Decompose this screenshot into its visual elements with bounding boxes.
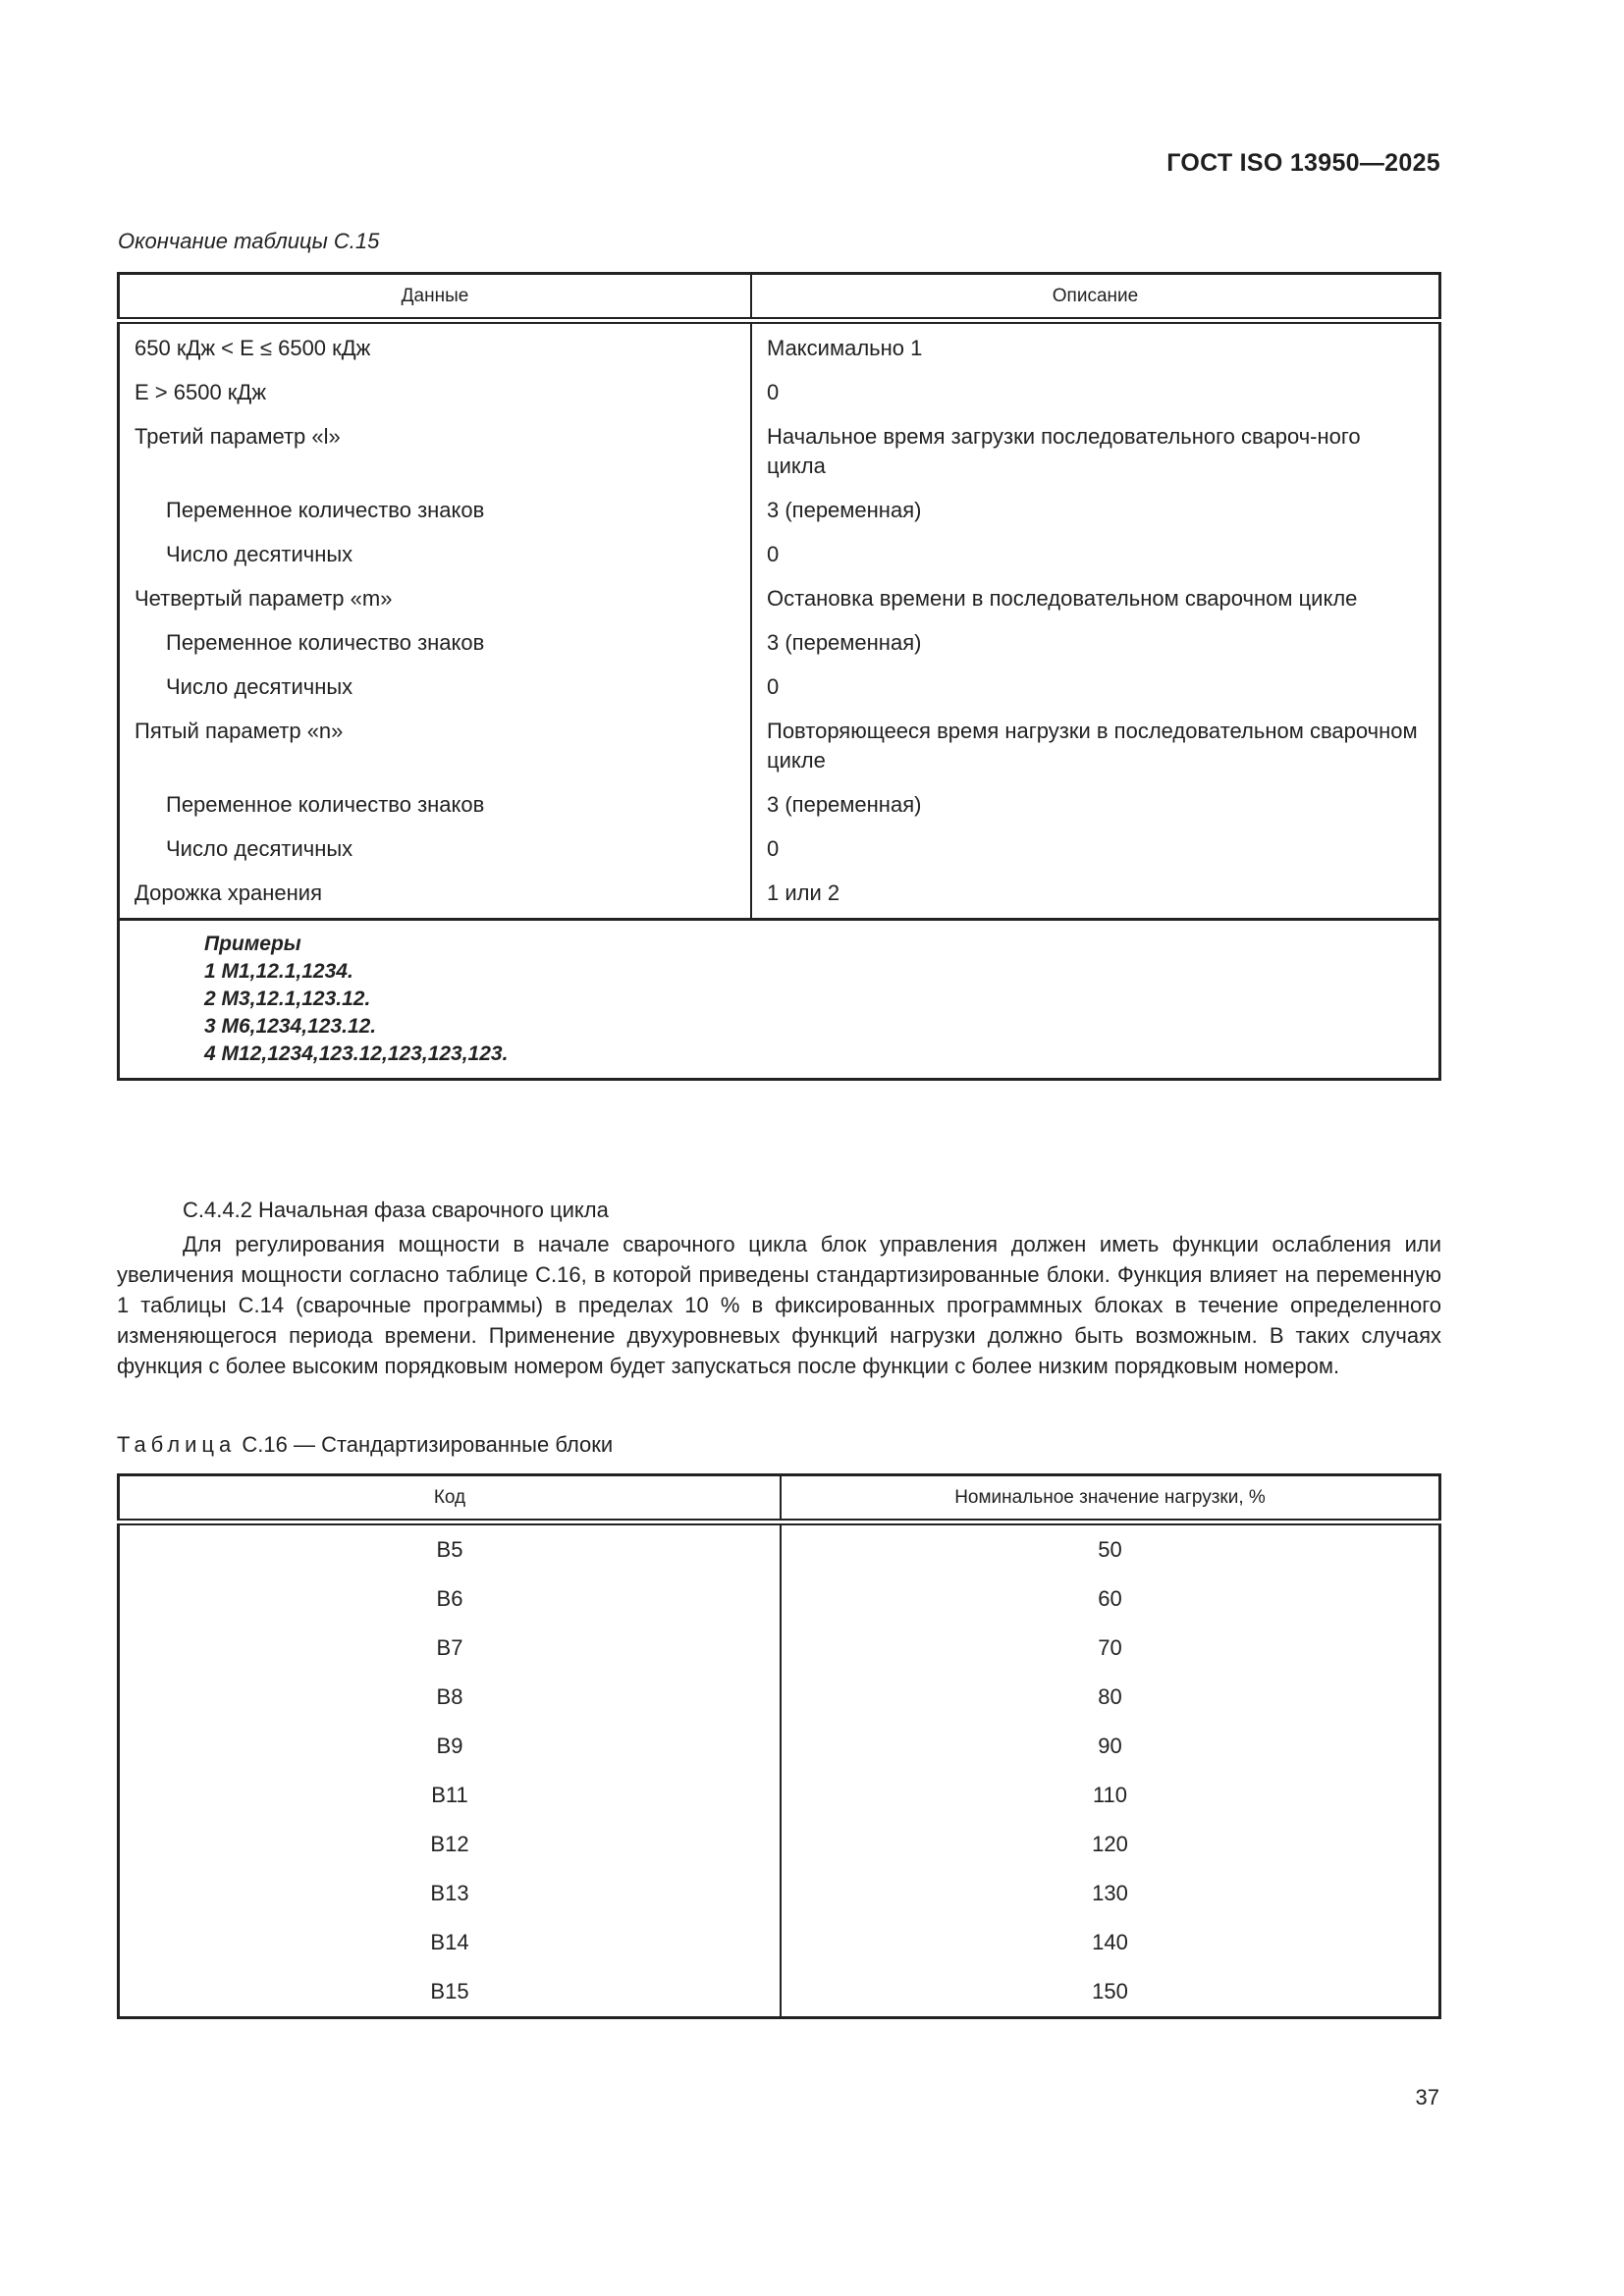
cell-description: 0: [751, 533, 1440, 577]
cell-data: Четвертый параметр «m»: [119, 577, 752, 621]
table-caption-prefix: Таблица: [117, 1432, 236, 1457]
table-row: B11 110: [119, 1771, 1440, 1820]
column-header-data: Данные: [119, 274, 752, 321]
cell-code: B11: [119, 1771, 782, 1820]
cell-description: Остановка времени в последовательном сва…: [751, 577, 1440, 621]
example-item: 3 M6,1234,123.12.: [204, 1013, 1424, 1041]
table-header-row: Код Номинальное значение нагрузки, %: [119, 1475, 1440, 1522]
cell-code: B15: [119, 1967, 782, 2018]
table-row: B7 70: [119, 1624, 1440, 1673]
cell-data: Переменное количество знаков: [119, 621, 752, 666]
cell-description: Максимально 1: [751, 321, 1440, 372]
cell-data: Дорожка хранения: [119, 872, 752, 920]
cell-data: E > 6500 кДж: [119, 371, 752, 415]
example-item: 2 M3,12.1,123.12.: [204, 986, 1424, 1013]
table-row: B14 140: [119, 1918, 1440, 1967]
cell-description: 1 или 2: [751, 872, 1440, 920]
table-row: Число десятичных 0: [119, 666, 1440, 710]
cell-load-value: 110: [781, 1771, 1440, 1820]
cell-code: B8: [119, 1673, 782, 1722]
table-row: Четвертый параметр «m» Остановка времени…: [119, 577, 1440, 621]
cell-data: Число десятичных: [119, 533, 752, 577]
column-header-code: Код: [119, 1475, 782, 1522]
examples-cell: Примеры 1 M1,12.1,1234. 2 M3,12.1,123.12…: [119, 920, 1440, 1080]
cell-load-value: 50: [781, 1522, 1440, 1575]
table-row: Переменное количество знаков 3 (переменн…: [119, 783, 1440, 828]
column-header-description: Описание: [751, 274, 1440, 321]
table-row: Число десятичных 0: [119, 828, 1440, 872]
cell-load-value: 70: [781, 1624, 1440, 1673]
cell-data: Число десятичных: [119, 828, 752, 872]
table-row: B12 120: [119, 1820, 1440, 1869]
cell-description: 3 (переменная): [751, 489, 1440, 533]
cell-load-value: 120: [781, 1820, 1440, 1869]
table-c15: Данные Описание 650 кДж < E ≤ 6500 кДж М…: [117, 272, 1441, 1081]
cell-code: B9: [119, 1722, 782, 1771]
cell-data: Переменное количество знаков: [119, 783, 752, 828]
table-row: Дорожка хранения 1 или 2: [119, 872, 1440, 920]
table-row: 650 кДж < E ≤ 6500 кДж Максимально 1: [119, 321, 1440, 372]
cell-load-value: 130: [781, 1869, 1440, 1918]
table-row: B5 50: [119, 1522, 1440, 1575]
cell-description: 0: [751, 666, 1440, 710]
table-row: Третий параметр «l» Начальное время загр…: [119, 415, 1440, 489]
cell-load-value: 150: [781, 1967, 1440, 2018]
cell-data: Переменное количество знаков: [119, 489, 752, 533]
cell-load-value: 80: [781, 1673, 1440, 1722]
cell-code: B7: [119, 1624, 782, 1673]
cell-description: 3 (переменная): [751, 783, 1440, 828]
cell-load-value: 140: [781, 1918, 1440, 1967]
cell-code: B13: [119, 1869, 782, 1918]
cell-description: 0: [751, 371, 1440, 415]
table-row: B8 80: [119, 1673, 1440, 1722]
cell-code: B6: [119, 1575, 782, 1624]
table-row: B6 60: [119, 1575, 1440, 1624]
cell-description: Повторяющееся время нагрузки в последова…: [751, 710, 1440, 783]
cell-description: 0: [751, 828, 1440, 872]
table-row: B15 150: [119, 1967, 1440, 2018]
table-c15-continuation-caption: Окончание таблицы С.15: [118, 229, 379, 254]
table-row: B13 130: [119, 1869, 1440, 1918]
column-header-load-value: Номинальное значение нагрузки, %: [781, 1475, 1440, 1522]
cell-load-value: 60: [781, 1575, 1440, 1624]
table-row: Переменное количество знаков 3 (переменн…: [119, 489, 1440, 533]
cell-code: B14: [119, 1918, 782, 1967]
cell-data: Третий параметр «l»: [119, 415, 752, 489]
table-row: Пятый параметр «n» Повторяющееся время н…: [119, 710, 1440, 783]
table-c16-caption: Таблица С.16 — Стандартизированные блоки: [117, 1432, 613, 1458]
section-heading: С.4.4.2 Начальная фаза сварочного цикла: [183, 1198, 609, 1223]
cell-data: 650 кДж < E ≤ 6500 кДж: [119, 321, 752, 372]
page-number: 37: [1416, 2085, 1439, 2110]
cell-code: B5: [119, 1522, 782, 1575]
cell-description: 3 (переменная): [751, 621, 1440, 666]
cell-description: Начальное время загрузки последовательно…: [751, 415, 1440, 489]
examples-title: Примеры: [204, 931, 1424, 958]
document-id-header: ГОСТ ISO 13950—2025: [1166, 149, 1440, 178]
table-row: Число десятичных 0: [119, 533, 1440, 577]
table-row: E > 6500 кДж 0: [119, 371, 1440, 415]
examples-row: Примеры 1 M1,12.1,1234. 2 M3,12.1,123.12…: [119, 920, 1440, 1080]
cell-data: Число десятичных: [119, 666, 752, 710]
cell-load-value: 90: [781, 1722, 1440, 1771]
table-caption-title: С.16 — Стандартизированные блоки: [236, 1432, 613, 1457]
cell-data: Пятый параметр «n»: [119, 710, 752, 783]
example-item: 1 M1,12.1,1234.: [204, 958, 1424, 986]
section-paragraph: Для регулирования мощности в начале свар…: [117, 1229, 1441, 1381]
cell-code: B12: [119, 1820, 782, 1869]
example-item: 4 M12,1234,123.12,123,123,123.: [204, 1041, 1424, 1068]
table-row: Переменное количество знаков 3 (переменн…: [119, 621, 1440, 666]
table-header-row: Данные Описание: [119, 274, 1440, 321]
table-row: B9 90: [119, 1722, 1440, 1771]
table-c16: Код Номинальное значение нагрузки, % B5 …: [117, 1473, 1441, 2019]
